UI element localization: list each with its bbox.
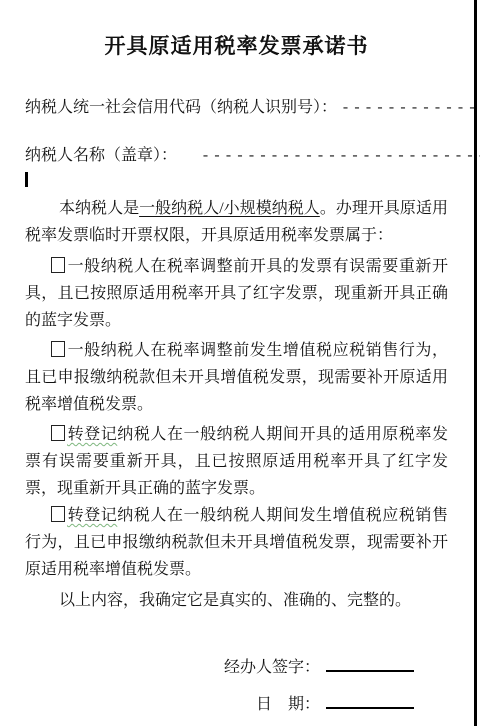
commitment-letter-document: 开具原适用税率发票承诺书 纳税人统一社会信用代码（纳税人识别号）： ------… (0, 0, 480, 726)
taxpayer-name-blank-field[interactable]: ------------------------------ (201, 148, 480, 165)
taxpayer-name-label: 纳税人名称（盖章）： (25, 147, 177, 164)
credit-code-label: 纳税人统一社会信用代码（纳税人识别号）： (25, 99, 337, 116)
date-label: 日 期： (256, 696, 320, 713)
option-4-wavy-text: 转登记 (67, 507, 117, 524)
date-blank-line[interactable] (326, 693, 414, 709)
checkbox-icon[interactable] (51, 341, 65, 357)
taxpayer-name-line: 纳税人名称（盖章）： -----------------------------… (25, 142, 448, 170)
signer-label: 经办人签字： (224, 659, 320, 676)
signature-block: 经办人签字： 日 期： (25, 654, 448, 718)
confirmation-statement: 以上内容，我确定它是真实的、准确的、完整的。 (25, 587, 448, 614)
credit-code-blank-field[interactable]: ------------- (341, 100, 480, 117)
date-row: 日 期： (25, 691, 414, 718)
option-3: 转登记纳税人在一般纳税人期间开具的适用原税率发票有误需要重新开具，且已按照原适用… (25, 421, 448, 502)
option-1: 一般纳税人在税率调整前开具的发票有误需要重新开具，且已按照原适用税率开具了红字发… (25, 253, 448, 334)
checkbox-icon[interactable] (51, 425, 65, 441)
page-right-edge-line (474, 0, 477, 726)
option-3-wavy-text: 转登记 (67, 426, 117, 443)
signer-blank-line[interactable] (326, 656, 414, 672)
checkbox-icon[interactable] (51, 506, 65, 522)
text-cursor (25, 172, 28, 187)
checkbox-icon[interactable] (51, 257, 65, 273)
option-4: 转登记纳税人在一般纳税人期间发生增值税应税销售行为，且已申报缴纳税款但未开具增值… (25, 502, 448, 583)
intro-paragraph: 本纳税人是一般纳税人/小规模纳税人。办理开具原适用税率发票临时开票权限，开具原适… (25, 195, 448, 249)
option-2-text: 一般纳税人在税率调整前发生增值税应税销售行为，且已申报缴纳税款但未开具增值税发票… (25, 342, 448, 413)
intro-prefix: 本纳税人是 (59, 200, 139, 217)
document-title: 开具原适用税率发票承诺书 (25, 34, 448, 58)
signer-row: 经办人签字： (25, 654, 414, 681)
option-1-text: 一般纳税人在税率调整前开具的发票有误需要重新开具，且已按照原适用税率开具了红字发… (25, 258, 448, 329)
taxpayer-type-underlined: 一般纳税人/小规模纳税人 (139, 200, 320, 217)
option-2: 一般纳税人在税率调整前发生增值税应税销售行为，且已申报缴纳税款但未开具增值税发票… (25, 337, 448, 418)
credit-code-line: 纳税人统一社会信用代码（纳税人识别号）： ------------- (25, 94, 448, 122)
